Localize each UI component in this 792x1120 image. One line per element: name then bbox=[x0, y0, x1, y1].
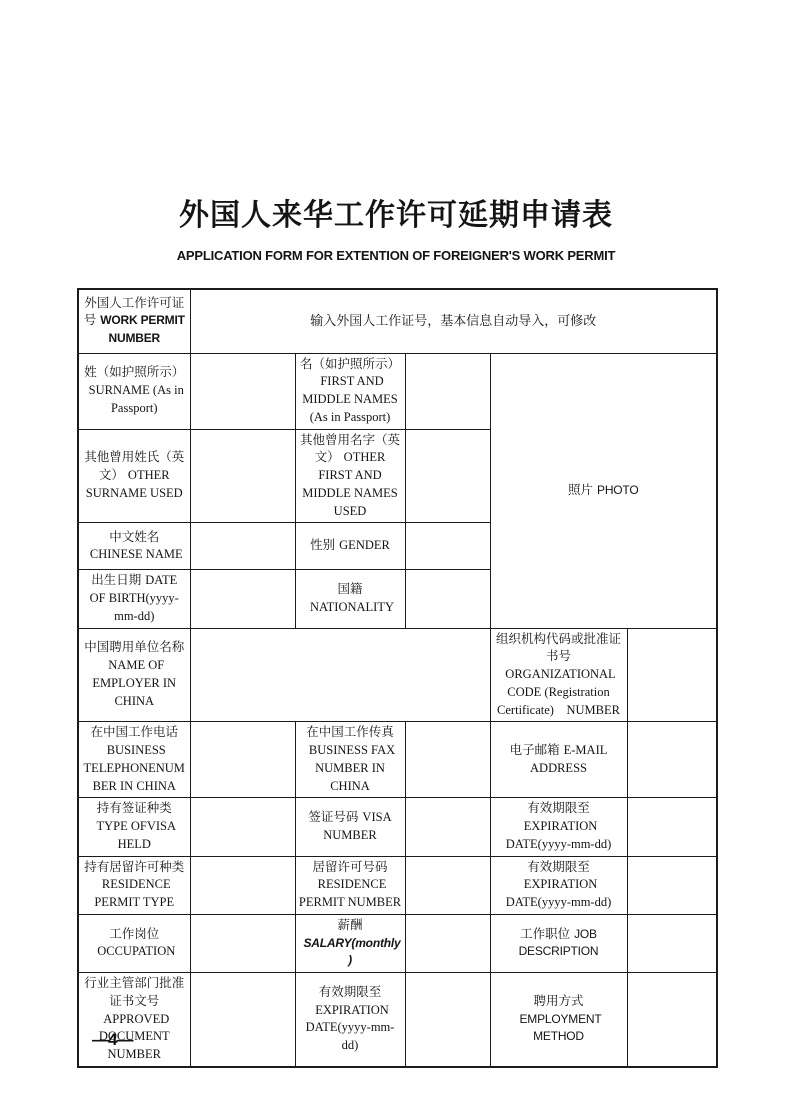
visa-number-label: 签证号码VISA NUMBER bbox=[295, 798, 405, 856]
residence-permit-number-label: 居留许可号码RESIDENCE PERMIT NUMBER bbox=[295, 856, 405, 914]
visa-type-input-cell[interactable] bbox=[190, 798, 295, 856]
employer-name-input-cell[interactable] bbox=[190, 628, 490, 722]
chinese-name-label: 中文姓名CHINESE NAME bbox=[78, 523, 190, 570]
surname-input-cell[interactable] bbox=[190, 353, 295, 429]
business-phone-input-cell[interactable] bbox=[190, 722, 295, 798]
occupation-label: 工作岗位OCCUPATION bbox=[78, 914, 190, 972]
work-permit-number-label: 外国人工作许可证号WORK PERMIT NUMBER bbox=[78, 289, 190, 353]
residence-permit-type-label: 持有居留许可种类RESIDENCE PERMIT TYPE bbox=[78, 856, 190, 914]
salary-input-cell[interactable] bbox=[405, 914, 490, 972]
residence-permit-type-input-cell[interactable] bbox=[190, 856, 295, 914]
organizational-code-label: 组织机构代码或批准证书号ORGANIZATIONAL CODE (Registr… bbox=[490, 628, 627, 722]
residence-expiration-input-cell[interactable] bbox=[627, 856, 717, 914]
residence-expiration-label: 有效期限至EXPIRATION DATE(yyyy-mm-dd) bbox=[490, 856, 627, 914]
employer-name-label: 中国聘用单位名称NAME OF EMPLOYER IN CHINA bbox=[78, 628, 190, 722]
other-surname-label: 其他曾用姓氏（英文）OTHER SURNAME USED bbox=[78, 429, 190, 523]
first-middle-names-input-cell[interactable] bbox=[405, 353, 490, 429]
approved-document-number-input-cell[interactable] bbox=[190, 973, 295, 1067]
employment-method-label: 聘用方式EMPLOYMENT METHOD bbox=[490, 973, 627, 1067]
business-phone-label: 在中国工作电话BUSINESS TELEPHONENUMBER IN CHINA bbox=[78, 722, 190, 798]
visa-type-label: 持有签证种类TYPE OFVISA HELD bbox=[78, 798, 190, 856]
approved-expiration-label: 有效期限至EXPIRATION DATE(yyyy-mm-dd) bbox=[295, 973, 405, 1067]
visa-expiration-label: 有效期限至EXPIRATION DATE(yyyy-mm-dd) bbox=[490, 798, 627, 856]
email-label: 电子邮箱E-MAIL ADDRESS bbox=[490, 722, 627, 798]
application-form-table: 外国人工作许可证号WORK PERMIT NUMBER 输入外国人工作证号，基本… bbox=[77, 288, 718, 1068]
date-of-birth-input-cell[interactable] bbox=[190, 570, 295, 628]
email-input-cell[interactable] bbox=[627, 722, 717, 798]
gender-label: 性别GENDER bbox=[295, 523, 405, 570]
organizational-code-input-cell[interactable] bbox=[627, 628, 717, 722]
residence-permit-number-input-cell[interactable] bbox=[405, 856, 490, 914]
form-title-english: APPLICATION FORM FOR EXTENTION OF FOREIG… bbox=[0, 248, 792, 263]
job-description-input-cell[interactable] bbox=[627, 914, 717, 972]
approved-expiration-input-cell[interactable] bbox=[405, 973, 490, 1067]
work-permit-number-instruction[interactable]: 输入外国人工作证号，基本信息自动导入，可修改 bbox=[190, 289, 717, 353]
nationality-input-cell[interactable] bbox=[405, 570, 490, 628]
other-first-middle-names-input-cell[interactable] bbox=[405, 429, 490, 523]
document-page: 外国人来华工作许可延期申请表 APPLICATION FORM FOR EXTE… bbox=[0, 0, 792, 1120]
first-middle-names-label: 名（如护照所示）FIRST AND MIDDLE NAMES (As in Pa… bbox=[295, 353, 405, 429]
other-first-middle-names-label: 其他曾用名字（英文）OTHER FIRST AND MIDDLE NAMES U… bbox=[295, 429, 405, 523]
form-title-chinese: 外国人来华工作许可延期申请表 bbox=[0, 190, 792, 234]
photo-cell[interactable]: 照片PHOTO bbox=[490, 353, 717, 628]
nationality-label: 国籍NATIONALITY bbox=[295, 570, 405, 628]
gender-input-cell[interactable] bbox=[405, 523, 490, 570]
approved-document-number-label: 行业主管部门批准证书文号APPROVED DOCUMENT NUMBER bbox=[78, 973, 190, 1067]
employment-method-input-cell[interactable] bbox=[627, 973, 717, 1067]
business-fax-input-cell[interactable] bbox=[405, 722, 490, 798]
job-description-label: 工作职位JOB DESCRIPTION bbox=[490, 914, 627, 972]
chinese-name-input-cell[interactable] bbox=[190, 523, 295, 570]
visa-expiration-input-cell[interactable] bbox=[627, 798, 717, 856]
date-of-birth-label: 出生日期DATE OF BIRTH(yyyy-mm-dd) bbox=[78, 570, 190, 628]
salary-label: 薪酬SALARY(monthly) bbox=[295, 914, 405, 972]
surname-label: 姓（如护照所示）SURNAME (As in Passport) bbox=[78, 353, 190, 429]
business-fax-label: 在中国工作传真BUSINESS FAX NUMBER IN CHINA bbox=[295, 722, 405, 798]
visa-number-input-cell[interactable] bbox=[405, 798, 490, 856]
other-surname-input-cell[interactable] bbox=[190, 429, 295, 523]
page-number: —4— bbox=[92, 1030, 132, 1050]
occupation-input-cell[interactable] bbox=[190, 914, 295, 972]
